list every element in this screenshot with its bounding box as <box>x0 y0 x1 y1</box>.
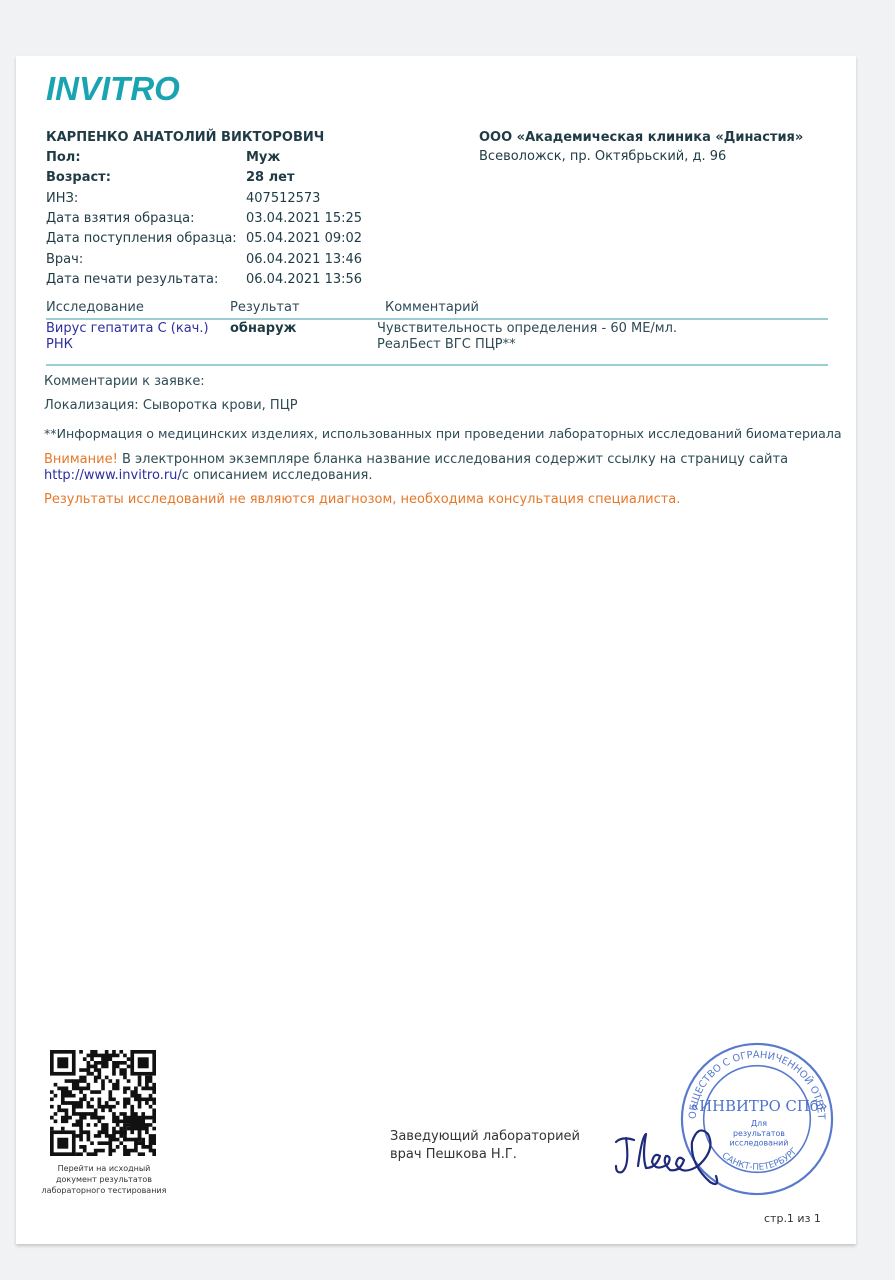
study-name-link[interactable]: Вирус гепатита С (кач.) РНК <box>46 321 209 353</box>
signer-block: Заведующий лабораторией врач Пешкова Н.Г… <box>390 1128 580 1164</box>
qr-caption: Перейти на исходный документ результатов… <box>36 1163 172 1196</box>
patient-field-label: Дата взятия образца: <box>46 211 194 226</box>
qr-caption-line1: Перейти на исходный <box>36 1163 172 1174</box>
patient-field-label: Возраст: <box>46 170 111 185</box>
patient-field-label: ИНЗ: <box>46 191 78 206</box>
study-name-line2: РНК <box>46 337 209 353</box>
comment-line1: Чувствительность определения - 60 МЕ/мл. <box>377 321 677 337</box>
page-number: стр.1 из 1 <box>764 1212 821 1225</box>
svg-text:САНКТ-ПЕТЕРБУРГ: САНКТ-ПЕТЕРБУРГ <box>720 1146 800 1173</box>
patient-field-value: 06.04.2021 13:46 <box>246 252 362 267</box>
patient-field-value: 28 лет <box>246 170 295 185</box>
patient-name: КАРПЕНКО АНАТОЛИЙ ВИКТОРОВИЧ <box>46 130 324 145</box>
col-header-comment: Комментарий <box>385 300 479 315</box>
patient-field-label: Дата печати результата: <box>46 272 218 287</box>
signer-name: врач Пешкова Н.Г. <box>390 1146 580 1164</box>
invitro-site-link[interactable]: http://www.invitro.ru/ <box>44 468 182 483</box>
result-value: обнаруж <box>230 321 296 336</box>
result-comment: Чувствительность определения - 60 МЕ/мл.… <box>377 321 677 353</box>
col-header-study: Исследование <box>46 300 144 315</box>
attention-text: В электронном экземпляре бланка название… <box>118 452 788 467</box>
patient-field-value: 407512573 <box>246 191 320 206</box>
attention-link-tail: с описанием исследования. <box>182 468 373 483</box>
table-bottom-rule <box>46 364 828 366</box>
patient-field-label: Дата поступления образца: <box>46 231 237 246</box>
patient-field-value: 06.04.2021 13:56 <box>246 272 362 287</box>
study-name-line1: Вирус гепатита С (кач.) <box>46 321 209 337</box>
clinic-name: ООО «Академическая клиника «Династия» <box>479 130 803 145</box>
devices-info-note: **Информация о медицинских изделиях, исп… <box>44 426 842 441</box>
patient-field-value: Муж <box>246 150 280 165</box>
qr-caption-line2: документ результатов <box>36 1174 172 1185</box>
result-document-page: INVITRO КАРПЕНКО АНАТОЛИЙ ВИКТОРОВИЧ ООО… <box>16 56 856 1244</box>
col-header-result: Результат <box>230 300 300 315</box>
order-comments-label: Комментарии к заявке: <box>44 374 205 389</box>
patient-field-value: 03.04.2021 15:25 <box>246 211 362 226</box>
patient-field-label: Врач: <box>46 252 83 267</box>
comment-line2: РеалБест ВГС ПЦР** <box>377 337 677 353</box>
signer-title: Заведующий лабораторией <box>390 1128 580 1146</box>
attention-word: Внимание! <box>44 452 118 467</box>
table-header-rule <box>46 318 828 320</box>
qr-caption-line3: лабораторного тестирования <box>36 1185 172 1196</box>
disclaimer-note: Результаты исследований не являются диаг… <box>44 492 680 507</box>
signature-icon <box>612 1106 722 1186</box>
clinic-address: Всеволожск, пр. Октябрьский, д. 96 <box>479 149 726 164</box>
localization-note: Локализация: Сыворотка крови, ПЦР <box>44 398 298 413</box>
svg-text:исследований: исследований <box>730 1139 789 1148</box>
attention-note: Внимание! В электронном экземпляре бланк… <box>44 452 788 484</box>
svg-text:результатов: результатов <box>733 1129 785 1138</box>
invitro-logo: INVITRO <box>46 70 180 108</box>
patient-field-value: 05.04.2021 09:02 <box>246 231 362 246</box>
svg-text:Для: Для <box>751 1119 767 1128</box>
patient-field-label: Пол: <box>46 150 81 165</box>
qr-code[interactable] <box>50 1050 156 1156</box>
